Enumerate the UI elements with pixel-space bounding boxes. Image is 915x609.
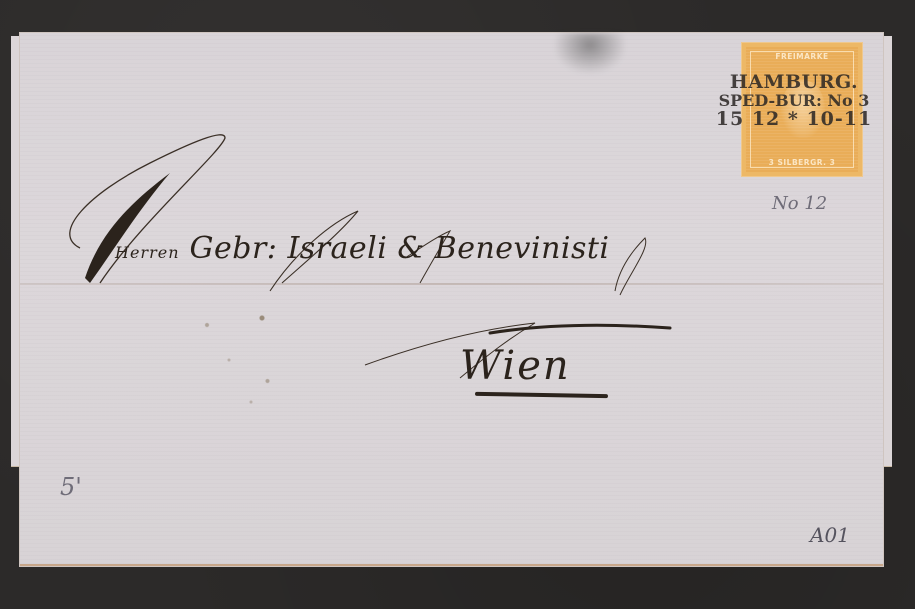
ink-smudge [555, 33, 625, 73]
letter-cover: FREIMARKE 3 SILBERGR. 3 HAMBURG. SPED-BU… [20, 33, 883, 566]
postmark-city: HAMBURG. [704, 73, 884, 93]
fold-crease [20, 283, 883, 285]
pencil-number-note: No 12 [772, 193, 827, 214]
pencil-corner-mark: A01 [810, 523, 850, 547]
recipient-name: Gebr: Israeli & Benevinisti [190, 231, 610, 266]
postmark-cancel: HAMBURG. SPED-BUR: No 3 15 12 * 10-11 [704, 73, 884, 130]
city-underline [475, 392, 608, 398]
postmark-date: 15 12 * 10-11 [704, 110, 884, 130]
pencil-left-mark: 5' [60, 473, 82, 501]
stamp-value-label: 3 SILBERGR. 3 [751, 158, 853, 167]
salutation: Herren [115, 243, 180, 262]
stamp-top-label: FREIMARKE [751, 52, 853, 61]
recipient-address: Herren Gebr: Israeli & Benevinisti [115, 231, 610, 266]
destination-city: Wien [460, 343, 571, 389]
foxing-specks [185, 283, 295, 423]
